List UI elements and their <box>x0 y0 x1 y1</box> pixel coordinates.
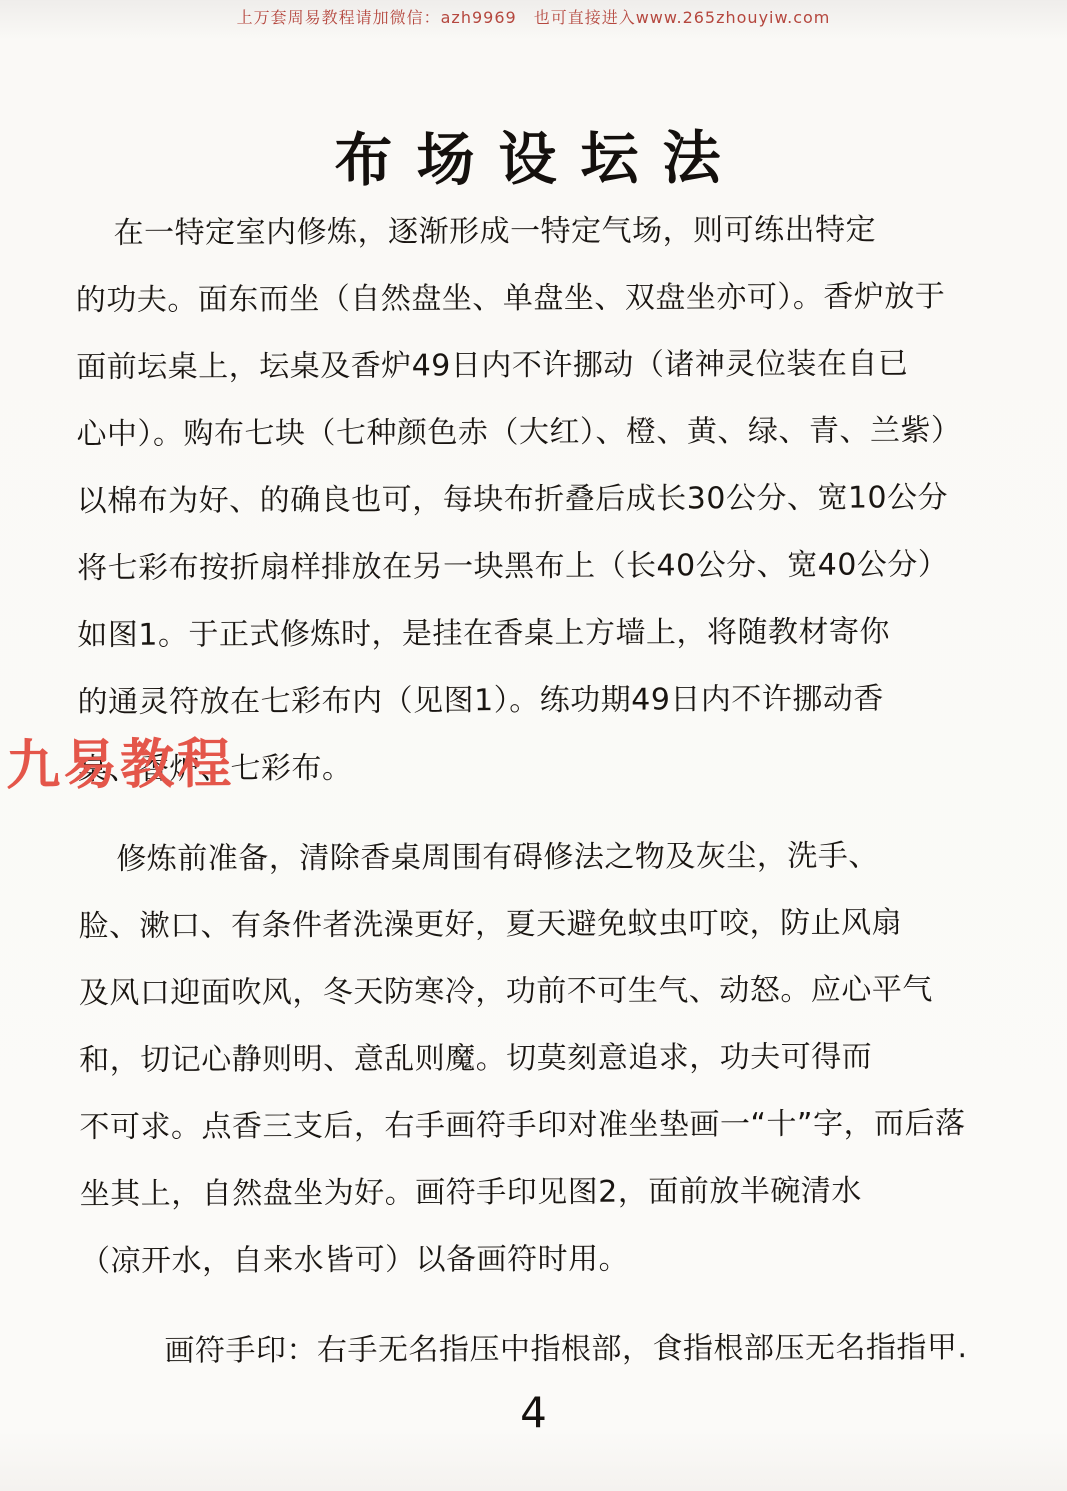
handwritten-line: 坐其上，自然盘坐为好。画符手印见图2，面前放半碗清水 <box>80 1157 992 1228</box>
handwritten-line: （凉开水，自来水皆可）以备画符时用。 <box>80 1224 992 1295</box>
handwritten-line: 及风口迎面吹风，冬天防寒冷，功前不可生气、动怒。应心平气 <box>79 956 991 1027</box>
handwritten-line: 脸、漱口、有条件者洗澡更好，夏天避免蚊虫叮咬，防止风扇 <box>78 889 990 960</box>
handwritten-line: 画符手印：右手无名指压中指根部，食指根部压无名指指甲. <box>80 1314 992 1385</box>
page-number: 4 <box>0 1388 1067 1437</box>
watermark-text: 九易教程 <box>6 721 235 800</box>
handwritten-line: 在一特定室内修炼，逐渐形成一特定气场，则可练出特定 <box>75 196 987 267</box>
handwritten-line: 修炼前准备，清除香桌周围有碍修法之物及灰尘，洗手、 <box>78 822 990 893</box>
handwritten-line: 的功夫。面东而坐（自然盘坐、单盘坐、双盘坐亦可）。香炉放于 <box>76 263 988 334</box>
handwritten-line: 如图1。于正式修炼时，是挂在香桌上方墙上，将随教材寄你 <box>77 598 989 669</box>
handwritten-line: 和，切记心静则明、意乱则魔。切莫刻意追求，功夫可得而 <box>79 1023 991 1094</box>
handwritten-line: 心中）。购布七块（七种颜色赤（大红）、橙、黄、绿、青、兰紫） <box>76 397 988 468</box>
page-title: 布场设坛法 <box>0 108 1067 199</box>
handwritten-line: 不可求。点香三支后，右手画符手印对准坐垫画一“十”字，而后落 <box>79 1090 991 1161</box>
promo-header-text: 上万套周易教程请加微信：azh9969 也可直接进入www.265zhouyiw… <box>237 5 831 28</box>
handwritten-line: 将七彩布按折扇样排放在另一块黑布上（长40公分、宽40公分） <box>77 531 989 602</box>
handwritten-line: 面前坛桌上，坛桌及香炉49日内不许挪动（诸神灵位装在自已 <box>76 330 988 401</box>
handwritten-line: 以棉布为好、的确良也可，每块布折叠后成长30公分、宽10公分 <box>77 464 989 535</box>
scanned-document-page: 上万套周易教程请加微信：azh9969 也可直接进入www.265zhouyiw… <box>0 0 1067 1491</box>
promo-header-banner: 上万套周易教程请加微信：azh9969 也可直接进入www.265zhouyiw… <box>0 0 1067 32</box>
